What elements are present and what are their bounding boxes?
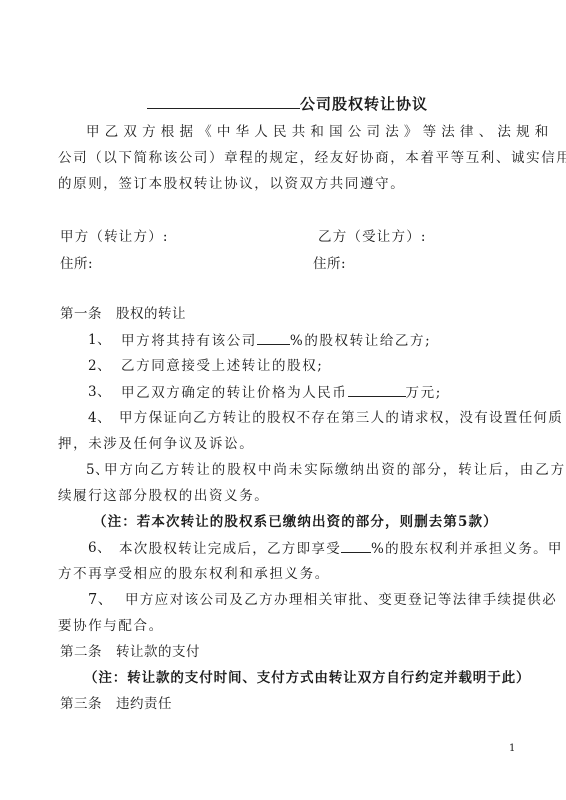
article-2-number: 第二条 <box>60 644 102 660</box>
article-1-item-4-line-1: 甲方保证向乙方转让的股权不存在第三人的请求权，没有设置任何质 <box>119 408 563 428</box>
article-3-title: 违约责任 <box>116 696 172 712</box>
article-1-item-3: 甲乙双方确定的转让价格为人民币万元; <box>121 382 442 403</box>
article-1-item-1: 甲方将其持有该公司%的股权转让给乙方; <box>121 330 431 351</box>
article-3-number: 第三条 <box>60 696 102 712</box>
title-text: 公司股权转让协议 <box>300 95 428 113</box>
article-1-heading: 第一条股权的转让 <box>60 304 186 324</box>
article-1-number: 第一条 <box>60 306 102 322</box>
article-3-heading: 第三条违约责任 <box>60 694 172 714</box>
article-1-item-5-line-1: 甲方向乙方转让的股权中尚未实际缴纳出资的部分，转让后，由乙方继 <box>104 460 566 480</box>
article-1-item-7-line-1: 甲方应对该公司及乙方办理相关审批、变更登记等法律手续提供必 <box>125 590 557 610</box>
article-1-title: 股权的转让 <box>116 306 186 322</box>
article-1-item-3-number: 3、 <box>88 382 111 402</box>
article-1-item-5-line-2: 续履行这部分股权的出资义务。 <box>58 486 269 506</box>
share-percent-blank <box>257 330 290 345</box>
document-title: 公司股权转让协议 <box>147 94 428 114</box>
article-1-item-1-number: 1、 <box>88 330 111 350</box>
rights-percent-blank <box>341 538 371 553</box>
item-1-text-after: %的股权转让给乙方; <box>290 333 431 349</box>
article-1-item-7-number: 7、 <box>88 590 113 610</box>
article-1-item-6-number: 6、 <box>88 538 111 558</box>
item-1-text-before: 甲方将其持有该公司 <box>121 333 257 349</box>
article-1-item-4-number: 4、 <box>88 408 111 428</box>
article-1-item-4-line-2: 押，未涉及任何争议及诉讼。 <box>58 434 254 454</box>
company-name-blank <box>147 94 300 109</box>
article-1-item-6-line-2: 方不再享受相应的股东权利和承担义务。 <box>58 564 330 584</box>
party-b-address-label: 住所: <box>313 254 346 274</box>
party-a-label: 甲方（转让方）: <box>60 227 169 247</box>
article-2-heading: 第二条转让款的支付 <box>60 642 200 662</box>
item-6-text-before: 本次股权转让完成后，乙方即享受 <box>119 541 341 557</box>
preamble-line-1: 甲乙双方根据《中华人民共和国公司法》等法律、法规和 <box>86 122 554 142</box>
party-b-label: 乙方（受让方）: <box>318 227 427 247</box>
article-1-item-6-line-1: 本次股权转让完成后，乙方即享受%的股东权利并承担义务。甲 <box>119 538 563 559</box>
article-1-item-7-line-2: 要协作与配合。 <box>58 616 164 636</box>
preamble-line-2: 公司（以下简称该公司）章程的规定，经友好协商，本着平等互利、诚实信用 <box>58 148 566 168</box>
article-1-item-2: 乙方同意接受上述转让的股权; <box>121 356 323 376</box>
item-6-text-after: %的股东权利并承担义务。甲 <box>371 541 563 557</box>
document-page: 公司股权转让协议 甲乙双方根据《中华人民共和国公司法》等法律、法规和 公司（以下… <box>0 0 566 800</box>
article-2-title: 转让款的支付 <box>116 644 200 660</box>
preamble-line-3: 的原则，签订本股权转让协议，以资双方共同遵守。 <box>58 174 405 194</box>
article-1-note: （注：若本次转让的股权系已缴纳出资的部分，则删去第5款） <box>93 512 498 532</box>
page-number: 1 <box>509 743 515 754</box>
price-blank <box>348 382 406 397</box>
party-a-address-label: 住所: <box>60 254 93 274</box>
item-3-text-after: 万元; <box>406 385 442 401</box>
item-3-text-before: 甲乙双方确定的转让价格为人民币 <box>121 385 348 401</box>
article-1-item-2-number: 2、 <box>88 356 111 376</box>
article-2-note: （注：转让款的支付时间、支付方式由转让双方自行约定并载明于此） <box>84 668 530 688</box>
